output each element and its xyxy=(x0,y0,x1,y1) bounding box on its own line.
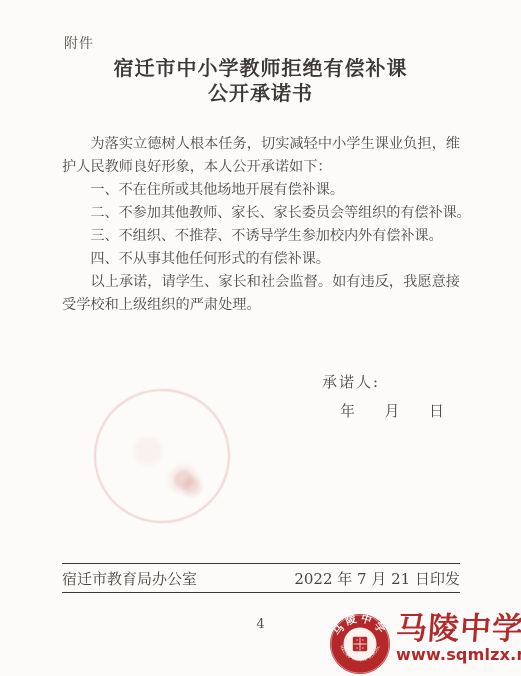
promisor-label: 承诺人: xyxy=(322,371,380,392)
school-name: 马陵中学 xyxy=(395,613,521,646)
title-line-1: 宿迁市中小学教师拒绝有偿补课 xyxy=(0,56,521,81)
pledge-item-4: 四、不从事其他任何形式的有偿补课。 xyxy=(62,248,460,271)
watermark-text: 马陵中学 www.sqmlzx.net xyxy=(396,613,520,663)
issuer-office: 宿迁市教育局办公室 xyxy=(62,568,197,589)
year-label: 年 xyxy=(340,400,355,421)
date-line: 年 月 日 xyxy=(340,400,444,421)
pledge-item-1: 一、不在住所或其他场地开展有偿补课。 xyxy=(62,179,460,202)
document-body: 为落实立德树人根本任务，切实减轻中小学生课业负担，维护人民教师良好形象，本人公开… xyxy=(62,133,460,317)
document-title: 宿迁市中小学教师拒绝有偿补课 公开承诺书 xyxy=(0,56,521,106)
scanned-document-page: 附件 宿迁市中小学教师拒绝有偿补课 公开承诺书 为落实立德树人根本任务，切实减轻… xyxy=(0,0,521,676)
print-date: 2022 年 7 月 21 日印发 xyxy=(294,568,460,589)
day-label: 日 xyxy=(429,400,444,421)
pledge-item-2: 二、不参加其他教师、家长、家长委员会等组织的有偿补课。 xyxy=(62,202,460,225)
intro-paragraph: 为落实立德树人根本任务，切实减轻中小学生课业负担，维护人民教师良好形象，本人公开… xyxy=(62,133,460,179)
school-website: www.sqmlzx.net xyxy=(396,646,520,663)
closing-paragraph: 以上承诺，请学生、家长和社会监督。如有违反，我愿意接受学校和上级组织的严肃处理。 xyxy=(62,271,460,317)
title-line-2: 公开承诺书 xyxy=(0,81,521,106)
pledge-item-3: 三、不组织、不推荐、不诱导学生参加校内外有偿补课。 xyxy=(62,225,460,248)
school-watermark: 马陵中学 MALING MIDDLE SCHOOL 马陵中学 www.sqmlz… xyxy=(329,613,520,675)
record-footer: 宿迁市教育局办公室 2022 年 7 月 21 日印发 xyxy=(62,563,460,593)
month-label: 月 xyxy=(384,400,399,421)
attachment-label: 附件 xyxy=(64,33,94,53)
faint-red-stamp xyxy=(86,381,237,531)
school-seal-icon: 马陵中学 MALING MIDDLE SCHOOL xyxy=(329,613,391,675)
